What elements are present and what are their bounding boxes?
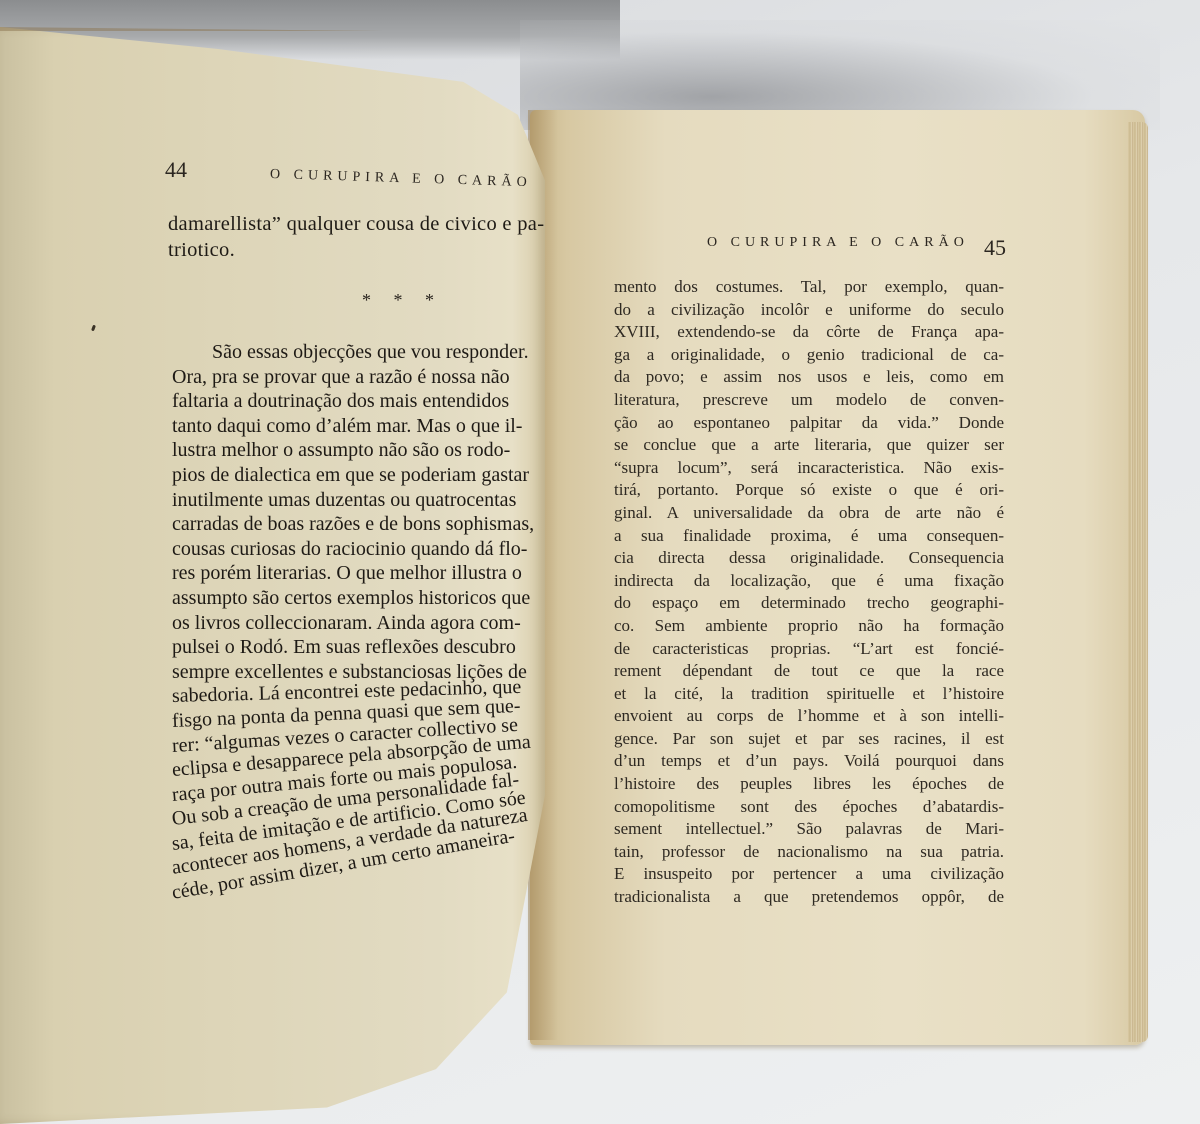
section-separator: * * * [362, 290, 443, 311]
page-edges [1128, 122, 1148, 1042]
text-line: pios de dialectica em que se poderiam ga… [172, 463, 542, 488]
text-line: se conclue que a arte literaria, que qui… [614, 434, 1004, 457]
text-line: da povo; e assim nos usos e leis, como e… [614, 366, 1004, 389]
right-page-body: mento dos costumes. Tal, por exemplo, qu… [614, 276, 1004, 909]
text-line: inutilmente umas duzentas ou quatrocenta… [172, 488, 542, 513]
text-line: a sua finalidade proxima, é uma conseque… [614, 525, 1004, 548]
text-line: pulsei o Rodó. Em suas reflexões descubr… [172, 635, 542, 660]
text-line: cia directa dessa originalidade. Consequ… [614, 547, 1004, 570]
text-line: gence. Par son sujet et par ses racines,… [614, 728, 1004, 751]
text-line: sement intellectuel.” São palavras de Ma… [614, 818, 1004, 841]
text-line: res porém literarias. O que melhor illus… [172, 561, 542, 586]
right-running-head: O CURUPIRA E O CARÃO [707, 235, 969, 251]
text-line: triotico. [168, 238, 538, 264]
text-line: ga a originalidade, o genio tradicional … [614, 344, 1004, 367]
text-line: damarellista” qualquer cousa de civico e… [168, 212, 538, 238]
right-page-number: 45 [984, 235, 1006, 261]
text-line: faltaria a doutrinação dos mais entendid… [172, 389, 542, 414]
text-line: XVIII, extendendo-se da côrte de França … [614, 321, 1004, 344]
text-line: comopolitisme sont des époches d’abatard… [614, 796, 1004, 819]
text-line: E insuspeito por pertencer a uma civiliz… [614, 863, 1004, 886]
text-line: Ora, pra se provar que a razão é nossa n… [172, 365, 542, 390]
text-line: et la cité, la tradition spirituelle et … [614, 683, 1004, 706]
left-page-top-lines: damarellista” qualquer cousa de civico e… [168, 212, 538, 263]
text-line: mento dos costumes. Tal, por exemplo, qu… [614, 276, 1004, 299]
text-line: l’histoire des peuples libres les époche… [614, 773, 1004, 796]
photo-scene: O CURUPIRA E O CARÃO 45 mento dos costum… [0, 0, 1200, 1124]
text-line: lustra melhor o assumpto não são os rodo… [172, 438, 542, 463]
text-line: do espaço em determinado trecho geograph… [614, 592, 1004, 615]
text-line: tirá, portanto. Porque só existe o que é… [614, 479, 1004, 502]
text-line: de caracteristicas proprias. “L’art est … [614, 638, 1004, 661]
text-line: tain, professor de nacionalismo na sua p… [614, 841, 1004, 864]
text-line: rement dépendant de tout ce que la race [614, 660, 1004, 683]
left-page-number: 44 [165, 157, 187, 183]
text-line: os livros colleccionaram. Ainda agora co… [172, 611, 542, 636]
text-line: tanto daqui como d’além mar. Mas o que i… [172, 414, 542, 439]
text-line: “supra locum”, será incaracteristica. Nã… [614, 457, 1004, 480]
text-line: tradicionalista a que pretendemos oppôr,… [614, 886, 1004, 909]
text-line: ção ao espontaneo palpitar da vida.” Don… [614, 412, 1004, 435]
text-line: literatura, prescreve um modelo de conve… [614, 389, 1004, 412]
left-page-body: São essas objecções que vou responder. O… [172, 340, 542, 906]
text-line: do a civilização incolôr e uniforme do s… [614, 299, 1004, 322]
text-line: ginal. A universalidade da obra de arte … [614, 502, 1004, 525]
text-line: cousas curiosas do raciocinio quando dá … [172, 537, 542, 562]
text-line: co. Sem ambiente proprio não ha formação [614, 615, 1004, 638]
text-line: d’un temps et d’un pays. Voilá pourquoi … [614, 750, 1004, 773]
text-line: assumpto são certos exemplos historicos … [172, 586, 542, 611]
text-line: envoient au corps de l’homme et à son in… [614, 705, 1004, 728]
text-line: carradas de boas razões e de bons sophis… [172, 512, 542, 537]
text-line: indirecta da localização, que é uma fixa… [614, 570, 1004, 593]
text-line: São essas objecções que vou responder. [172, 340, 542, 365]
